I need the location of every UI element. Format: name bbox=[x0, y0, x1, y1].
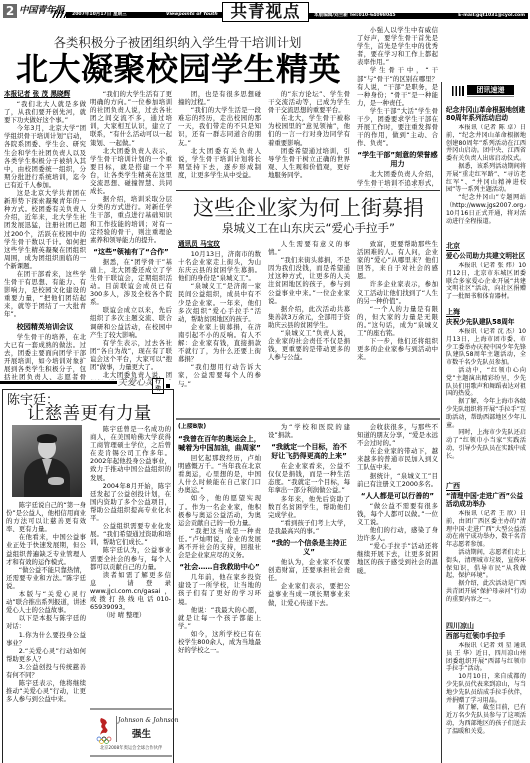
column-text: 陈宇廷说自己的“第一身份”是公益人，他相信用商业的方法可以让慈善更有效率、更有力… bbox=[6, 501, 86, 703]
profile-title: 让慈善更有力量 bbox=[27, 404, 152, 424]
sidebar-header: 团讯速递 bbox=[467, 85, 514, 95]
paragraph: 学生干部“大活”学生骨干少，团委要求学生干部在开展工作时，要注重发挥骨干的作用，… bbox=[357, 107, 438, 147]
paragraph: 小强人以学生中有威信了好声，要学生骨干首先是学生，首先是学生中的优秀者，要在学习… bbox=[357, 26, 438, 66]
issue-date: 2007年10月17日 星期三 bbox=[72, 12, 127, 18]
ad-bottom-rule bbox=[90, 755, 172, 757]
subheading: “人人都是可以行善的” bbox=[357, 491, 438, 500]
paragraph: “做公益不需要有很多钱，每个人都可以做。”一位义工说。 bbox=[357, 502, 438, 526]
page-number: 2 bbox=[3, 4, 17, 18]
paragraph: 这是北京大学共青团在新形势下探索凝聚青年的一种方式。校团委有关负责人介绍，近年来… bbox=[4, 189, 86, 270]
profile-column-1: 陈宇廷说自己的“第一身份”是公益人，他相信用商业的方法可以让慈善更有效率、更有力… bbox=[6, 501, 86, 761]
paragraph: “一个人的力量是有限的，但大家的力量是无限的。”这句话，成为“泉城义工”的座右铭… bbox=[357, 305, 438, 337]
section-divider bbox=[176, 418, 440, 420]
sidebar-item-body: 本报讯（记者 陈 卓）日前，“纪念井冈山革命根据地创建80周年”系列活动在江西井… bbox=[446, 124, 526, 234]
feature-column-2: 人生需要有意义的事情。”“我们来街头募捐，不是因为我们没钱，而是希望通过这种方式… bbox=[268, 240, 350, 415]
ad-brand-en: Johnson & Johnson bbox=[118, 717, 179, 725]
column-text: 的“东方论坛”、学生骨干交流活动等，已成为学生骨干交流思想的重要平台。在北大，学… bbox=[268, 90, 350, 179]
column-text: 陈宇廷曾是一名成功的商人，在美国哈佛大学获得工商管理硕士学位，之后曾在麦肯锡公司… bbox=[90, 425, 171, 619]
paragraph: 本报讯（记者 王 欣）日前，由团广西区委主办的“清理中国·走进广西”大型公益活动… bbox=[446, 510, 526, 549]
paragraph: “我把这当成是一种责任。”卢灿明说，企业的发展离不开社会的支持，回报社会是企业家… bbox=[178, 527, 261, 559]
paragraph: “泉城义工”是济南一家民间公益组织，成员中有不少是企业家。一年来，他们多次组织“… bbox=[178, 282, 261, 322]
paragraph: 2004年8月开始，陈宇廷发起了公益创投计划，在国内资助了多个公益项目，帮助公益… bbox=[90, 482, 171, 522]
sidebar-item-body: 本报讯（记者 沈 杰）10月13日，上海市团市委、市少工委举办庆祝中国少年先锋队… bbox=[446, 328, 526, 474]
paragraph: 本报讯（记者 刘 星 通讯员 王 华）近日，四川凉山州团委组织开展“西部与红领巾… bbox=[446, 642, 526, 673]
ad-top-rule bbox=[90, 708, 172, 710]
paragraph: 他说：“我最大的心愿，就是让每一个孩子都能上学。” bbox=[178, 606, 261, 630]
paragraph: 据介绍，培训采取分层分类的方式进行。对新任学生干部，重点进行基础知识和工作技能的… bbox=[90, 195, 172, 244]
section-title: 共青视点 bbox=[222, 2, 309, 22]
barcode-bars-icon bbox=[452, 86, 465, 96]
sidebar-item-body: 本报讯（记者 张 炜）10月12日，北京市东城区团委联合多家爱心企业开展“共建文… bbox=[446, 262, 526, 300]
paragraph: “做公益不能只靠热情，还需要专业和方法。”陈宇廷说。 bbox=[6, 566, 86, 590]
paragraph: 学生骨干的培养，在北大已有一套成熟的做法。过去，团委主要面向团学干部开展培训，如… bbox=[4, 333, 86, 380]
byline: 本报记者 张 茂 黑晓辉 bbox=[4, 90, 86, 98]
subheading: “这些”领袖有了“合作” bbox=[90, 247, 172, 256]
paragraph: 本报讯（记者 张 炜）10月12日，北京市东城区团委联合多家爱心企业开展“共建文… bbox=[446, 262, 526, 300]
section-rule bbox=[0, 381, 117, 384]
section-divider bbox=[176, 190, 440, 191]
paragraph: 2.“关爱心灵”行动如何帮助更多人？ bbox=[6, 647, 86, 663]
sidebar-item-region: 上海 bbox=[446, 308, 460, 317]
sidebar-item-region: 广西 bbox=[446, 482, 460, 491]
paragraph: 在团干部看来，这些学生骨干有思想、有能力、有影响力，是校园文化建设的重要力量，“… bbox=[4, 270, 86, 319]
feature-column-3: 致富，更要帮助那些生活困难的人。有人问，企业家的“爱心”从哪里来？他们回答，来自… bbox=[357, 240, 438, 415]
paragraph: 今年3月，北京大学“团学组织骨干培训计划”启动，各院系团委、学生会、研究生会和学… bbox=[4, 124, 86, 189]
paragraph: 在北大，学生骨干被称为校园里的“意见领袖”，他们的一言一行对身边同学有着重要影响… bbox=[268, 114, 350, 146]
paragraph: 在企业家的带动下，越来越多的普通市民加入到义工队伍中来。 bbox=[357, 447, 438, 471]
date-bar: 2007年10月17日 星期三 Viewpoints of Youth bbox=[66, 12, 222, 18]
paragraph: 陈宇廷说自己的“第一身份”是公益人，他相信用商业的方法可以让慈善更有效率、更有力… bbox=[6, 501, 86, 533]
paragraph: 读者如需了解更多信息，请登录www.jjcl.com.cn/gasai，或拨打热… bbox=[90, 571, 171, 611]
column-text: “我们的大学生活有了更明确的方向。”一位参加培训的社团负责人说，过去各社团之间交… bbox=[90, 90, 172, 380]
sidebar-item-title: “清理中国·走进广西”公益活动成功举办 bbox=[446, 492, 526, 508]
continued-column-1: (上接B版) “我曾在百年的奥运会上，喊着为中国加油，曲周家”回忆起那段经历，卢… bbox=[178, 423, 261, 763]
paragraph: 据悉，在“团学骨干”基础上，北大团委还成立了学生骨干联谊会，定期组织活动。目前联… bbox=[90, 258, 172, 307]
paragraph: 许多企业家表示，参加义工活动让他们找到了“人生的另一种价值”。 bbox=[357, 280, 438, 304]
paragraph: 据统计，“泉城义工”目前已有注册义工2000多名。 bbox=[357, 472, 438, 488]
byline: 通讯员 马宝玟 bbox=[178, 240, 261, 248]
paragraph: 北大团委负责人表示，学生骨干培训计划的一个重要目标，就是搭建一个平台，让各类学生… bbox=[90, 147, 172, 196]
subheading: “我曾在百年的奥运会上，喊着为中国加油，曲周家” bbox=[178, 434, 261, 452]
sidebar-item-region: 四川凉山 bbox=[446, 622, 474, 631]
paragraph: 北大团委负责人介绍，学生骨干培训不追求形式，而是注重实效，力求让每一位参与者都有… bbox=[357, 170, 438, 188]
continued-label: (上接B版) bbox=[178, 423, 261, 431]
paragraph: 本报讯（记者 沈 杰）10月13日，上海市团市委、市少工委举办庆祝中国少年先锋队… bbox=[446, 328, 526, 367]
feature-headline: 这些企业家为何上街募捐 bbox=[176, 196, 441, 221]
ad-divider bbox=[116, 716, 117, 742]
paragraph: 学生骨干中，“干部”与“骨干”的区别在哪里？有人说，“干部”是职务，是一种身份；… bbox=[357, 66, 438, 106]
paragraph: 陈宇廷曾是一名成功的商人，在美国哈佛大学获得工商管理硕士学位，之后曾在麦肯锡公司… bbox=[90, 425, 171, 482]
column-text: 10月13日，济南市的数十名企业家走上街头，为山东庆云县的贫困学生募捐。他们的身… bbox=[178, 250, 261, 388]
sidebar-item-title: 爱心公司助力共建文明社区 bbox=[446, 252, 526, 260]
paragraph: 本版与“关爱心灵行动”联合推出系列报道，讲述爱心人士的公益故事。 bbox=[6, 590, 86, 614]
paragraph: 据介绍，此次活动是广西共青团开展“保护母亲河”行动的重要内容之一。 bbox=[446, 580, 526, 603]
paragraph: 陈宇廷表示，他将继续推动“关爱心灵”行动，让更多人参与到公益中来。 bbox=[6, 679, 86, 703]
feature-subheadline: 泉城义工在山东庆云“爱心手拉手” bbox=[176, 221, 441, 235]
care-campaign-logo: 关爱心灵 bbox=[118, 377, 154, 389]
paragraph: 的“东方论坛”、学生骨干交流活动等，已成为学生骨干交流思想的重要平台。 bbox=[268, 90, 350, 114]
column-text: 为“学校和医院的建设”捐款。“我就定一个目标，治不好让飞扔得更高的上来”在企业家… bbox=[268, 423, 350, 607]
sidebar-item-title: 西部与红领巾手拉手 bbox=[446, 632, 526, 640]
sidebar-item-body: 本报讯（记者 刘 星 通讯员 王 华）近日，四川凉山州团委组织开展“西部与红领巾… bbox=[446, 642, 526, 763]
subheading: “学生干部”刻意的荣誉感用力 bbox=[357, 150, 438, 168]
paragraph: “我们来街头募捐，不是因为我们没钱，而是希望通过这种方式，让更多的人关注贫困地区… bbox=[268, 256, 350, 305]
paragraph: “我们北大人就是多做了，从我们要开创先河，就要下功夫做好这个事。” bbox=[4, 100, 86, 124]
feature-column-1: 通讯员 马宝玟 10月13日，济南市的数十名企业家走上街头，为山东庆云县的贫困学… bbox=[178, 240, 261, 415]
sidebar-item-region: 北京 bbox=[446, 242, 460, 251]
lead-headline: 北大凝聚校园学生精英 bbox=[6, 52, 351, 86]
column-text: 小强人以学生中有威信了好声，要学生骨干首先是学生，首先是学生中的优秀者，要在学习… bbox=[357, 26, 438, 188]
column-text: 人生需要有意义的事情。”“我们来街头募捐，不是因为我们没钱，而是希望通过这种方式… bbox=[268, 240, 350, 361]
column-text: 团，也是有很多思想碰撞的过程。”“我们的大学生活是一段难忘的经历，走出校园的那一… bbox=[178, 90, 261, 179]
email: E-mail:gqt1031@cyol.com bbox=[458, 13, 525, 19]
subheading: 校园精英培训会议 bbox=[4, 322, 86, 331]
decorative-stripes bbox=[52, 10, 66, 18]
olympic-emblem-icon bbox=[95, 716, 113, 744]
paragraph: 他认为，企业家不仅要创造财富，还要承担社会责任。 bbox=[268, 558, 350, 582]
paragraph: 团委希望通过培训，引导学生骨干树立正确的世界观、人生观和价值观，更好地服务同学。 bbox=[268, 147, 350, 179]
paragraph: （时 晴 整理） bbox=[90, 611, 171, 619]
paragraph: “爱心手拉手”活动还将继续开展下去，让更多贫困地区的孩子感受到社会的温暖。 bbox=[357, 542, 438, 574]
paragraph: 团，也是有很多思想碰撞的过程。” bbox=[178, 90, 261, 106]
paragraph: “我们的大学生活有了更明确的方向。”一位参加培训的社团负责人说，过去各社团之间交… bbox=[90, 90, 172, 147]
paragraph: 企业家上街募捐，在济南引起不小的反响。有人不解：企业家有钱，直接捐款不就行了，为… bbox=[178, 323, 261, 363]
continued-column-3: 会收获很多，与那些不知道的朋友分享，“爱是永远不会过时的。”在企业家的带动下，越… bbox=[357, 423, 438, 763]
paragraph: 回忆起那段经历，卢灿明感慨万千。“当年我在北京看奥运，心里想的是，中国人什么时候… bbox=[178, 454, 261, 494]
lead-kicker: 各类积极分子被团组织纳入学生骨干培训计划 bbox=[40, 35, 315, 50]
paragraph: 陈宇廷认为，公益事业需要全社会的参与，每个人都可以贡献自己的力量。 bbox=[90, 546, 171, 570]
profile-column-2: 陈宇廷曾是一名成功的商人，在美国哈佛大学获得工商管理硕士学位，之后曾在麦肯锡公司… bbox=[90, 425, 171, 705]
sidebar-item-body: 本报讯（记者 王 欣）日前，由团广西区委主办的“清理中国·走进广西”大型公益活动… bbox=[446, 510, 526, 614]
paragraph: “看到孩子们考上大学，是我最高兴的事。” bbox=[268, 519, 350, 535]
paragraph: 北大团委有关负责人说，学生骨干培训计划将长期坚持下去，逐步形成制度，让更多学生从… bbox=[178, 147, 261, 179]
column-text: 致富，更要帮助那些生活困难的人。有人问，企业家的“爱心”从哪里来？他们回答，来自… bbox=[357, 240, 438, 361]
paragraph: 据了解，截至目前，已有近万名少先队员参与了这项活动，为西部地区的孩子们送去了温暖… bbox=[446, 704, 526, 735]
sidebar-item-title: 庆祝少先队建队58周年 bbox=[446, 318, 526, 326]
paragraph: 会收获很多，与那些不知道的朋友分享，“爱是永远不会过时的。” bbox=[357, 423, 438, 447]
paragraph: 他们的行动，感染了身边许多人。 bbox=[357, 526, 438, 542]
lead-column-2: “我们的大学生活有了更明确的方向。”一位参加培训的社团负责人说，过去各社团之间交… bbox=[90, 90, 172, 380]
sidebar-item-title: 纪念井冈山革命根据地创建80周年系列活动启动 bbox=[446, 106, 526, 122]
sidebar-header-rule bbox=[467, 96, 514, 97]
paragraph: 以下是本报与陈宇廷的对话： bbox=[6, 614, 86, 630]
sidebar-divider bbox=[441, 82, 442, 763]
paragraph: 3.公益创投与传统慈善有何不同？ bbox=[6, 663, 86, 679]
paragraph: 活动期间，志愿者们走上街头，清理城市垃圾，宣传环保知识，倡导市民“从我做起，保护… bbox=[446, 549, 526, 580]
editor-tel: 本版编辑/刘兰新 Tel:010-64098045 bbox=[314, 13, 396, 19]
paragraph: 如今，这所学校已有在校学生800余人，成为当地最好的学校之一。 bbox=[178, 630, 261, 654]
english-section-title: Viewpoints of Youth bbox=[166, 12, 218, 18]
paragraph: 下一步，他们还将组织更多的企业家参与到活动中来。 bbox=[357, 337, 438, 361]
paragraph: 联谊会成立以来，先后组织了多次主题交流、联合调研和公益活动，在校园中产生了较大影… bbox=[90, 306, 172, 338]
paragraph: 有学生表示，过去各社团“各自为战”，现在有了联谊会这个平台，大家可以“抱团”做事… bbox=[90, 339, 172, 371]
paragraph: 企业家们表示，要把公益事业当成一项长期事业来做，让爱心传递下去。 bbox=[268, 582, 350, 606]
paragraph: 致富，更要帮助那些生活困难的人。有人问，企业家的“爱心”从哪里来？他们回答，来自… bbox=[357, 240, 438, 280]
column-text: “我们北大人就是多做了，从我们要开创先河，就要下功夫做好这个事。”今年3月，北京… bbox=[4, 100, 86, 380]
contact-bar: 本版编辑/刘兰新 Tel:010-64098045 E-mail:gqt1031… bbox=[309, 13, 528, 19]
paragraph: 1.你为什么要投身公益事业？ bbox=[6, 631, 86, 647]
newspaper-page: 2 中国青年报 2007年10月17日 星期三 Viewpoints of Yo… bbox=[0, 0, 530, 763]
ad-caption: 北京2008年奥运会全球合作伙伴 bbox=[90, 746, 172, 752]
paragraph: “纪念井冈山”专题网站（http://www.jgs2007.org.cn）10… bbox=[446, 194, 526, 225]
paragraph: 据介绍，此次活动共募集善款3万余元，全部用于资助庆云县的贫困学生。 bbox=[268, 305, 350, 329]
paragraph: 如今，他的愿望实现了。作为一名企业家，他积极参与奥运公益活动，为奥运会贡献自己的… bbox=[178, 494, 261, 526]
lead-column-5: 小强人以学生中有威信了好声，要学生骨干首先是学生，首先是学生中的优秀者，要在学习… bbox=[357, 26, 438, 188]
paragraph: 10月10日，来自成都的少先队员代表来到凉山，与当地少先队员结成手拉手伙伴，并捐… bbox=[446, 673, 526, 704]
paragraph: 为“学校和医院的建设”捐款。 bbox=[268, 423, 350, 439]
paragraph: 人生需要有意义的事情。” bbox=[268, 240, 350, 256]
ad-brand-cn: 强生 bbox=[132, 729, 151, 740]
paragraph: 据悉，该系列活动期间将开展“重走红军路”、“寻访老红军”、“井冈山精神进校园”等… bbox=[446, 163, 526, 194]
paragraph: 公益组织需要专业化发展。“我们希望通过资助和培训，帮助它们成长。” bbox=[90, 522, 171, 546]
column-text: 会收获很多，与那些不知道的朋友分享，“爱是永远不会过时的。”在企业家的带动下，越… bbox=[357, 423, 438, 575]
paragraph: “泉城义工”负责人说，企业家的社会责任不仅是捐钱，更重要的是带动更多的人参与公益… bbox=[268, 329, 350, 361]
paragraph: 活动中，“红领巾心向党”主题演出精彩纷呈，少先队员们用歌声和舞蹈表达对祖国的热爱… bbox=[446, 367, 526, 398]
portrait-photo bbox=[12, 425, 82, 497]
square-bullet-icon bbox=[166, 384, 170, 388]
paragraph: 几年前，他在家乡投资建设了一所学校，让当地的孩子们有了更好的学习环境。 bbox=[178, 573, 261, 605]
paragraph: 本报讯（记者 陈 卓）日前，“纪念井冈山革命根据地创建80周年”系列活动在江西井… bbox=[446, 124, 526, 163]
paragraph: 据了解，今年上海市各级少先队组织将开展“手拉手”互助活动，帮助西部地区少年儿童。 bbox=[446, 398, 526, 429]
paragraph: 10月13日，济南市的数十名企业家走上街头，为山东庆云县的贫困学生募捐。他们的身… bbox=[178, 250, 261, 282]
paragraph: 同时，上海市少先队还启动了“红领巾小当家”实践活动，引导少先队员在实践中成长。 bbox=[446, 429, 526, 460]
subheading: “社会……自我救助中心” bbox=[178, 562, 261, 571]
subheading: “我就定一个目标，治不好让飞扔得更高的上来” bbox=[268, 442, 350, 460]
subheading: “我的一个信条是主持正义” bbox=[268, 538, 350, 556]
paragraph: “我们的大学生活是一段难忘的经历，走出校园的那一天，我们带走的不只是知识，还有一… bbox=[178, 106, 261, 146]
paragraph: “我们想用行动告诉大家，公益需要每个人的参与。” bbox=[178, 363, 261, 387]
paragraph: 在企业家看来，公益不仅仅是捐钱，而是一种生活态度。“我就定一个目标，每年拿出一部… bbox=[268, 462, 350, 494]
paragraph: 多年来，他先后资助了数百名贫困学生，帮助他们完成学业。 bbox=[268, 495, 350, 519]
column-text: “我曾在百年的奥运会上，喊着为中国加油，曲周家”回忆起那段经历，卢灿明感慨万千。… bbox=[178, 434, 261, 654]
lead-column-1: 本报记者 张 茂 黑晓辉 “我们北大人就是多做了，从我们要开创先河，就要下功夫做… bbox=[4, 90, 86, 380]
paragraph: 在他看来，中国公益事业正处于快速发展期，但公益组织普遍缺乏专业管理人才和有效的运… bbox=[6, 533, 86, 565]
lead-column-4: 的“东方论坛”、学生骨干交流活动等，已成为学生骨干交流思想的重要平台。在北大，学… bbox=[268, 90, 350, 188]
lead-column-3: 团，也是有很多思想碰撞的过程。”“我们的大学生活是一段难忘的经历，走出校园的那一… bbox=[178, 90, 261, 188]
continued-column-2: 为“学校和医院的建设”捐款。“我就定一个目标，治不好让飞扔得更高的上来”在企业家… bbox=[268, 423, 350, 763]
